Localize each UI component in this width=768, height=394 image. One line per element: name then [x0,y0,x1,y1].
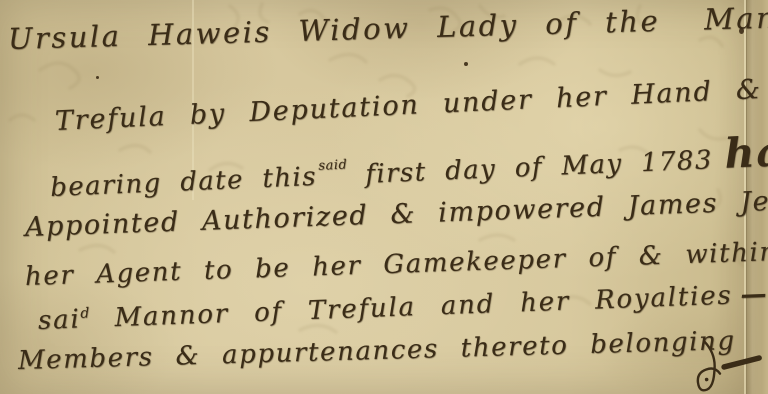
line2-text: Trefula by Deputation under her Hand & S… [54,70,768,137]
line7-text: Members & appurtenances thereto belongin… [18,326,736,376]
superscript-d: d [80,305,90,321]
line1-first-part: Ursula Haweis Widow Lady of the [8,4,661,56]
word-hath: hath [724,125,768,178]
end-flourish-icon [690,331,768,394]
line6-dash: — [740,279,768,310]
line1-second-part: Mannor of [704,0,768,37]
ink-speck [464,62,468,66]
handwriting-line-2: Trefula by Deputation under her Hand & S… [54,70,768,137]
manuscript-page: Ursula Haweis Widow Lady of theMannor of… [0,0,768,394]
inserted-word-said: said [318,158,348,174]
word-said-base: sai [37,304,81,336]
line6-rest: Mannor of Trefula and her Royalties [114,281,733,334]
handwriting-line-7: Members & appurtenances thereto belongin… [18,326,736,376]
line1-gap [660,30,704,31]
handwriting-line-1: Ursula Haweis Widow Lady of theMannor of [8,0,768,56]
line3-pre: bearing date this [50,162,318,203]
line3-mid: first day of May 1783 [365,145,714,190]
ink-speck [96,76,99,79]
